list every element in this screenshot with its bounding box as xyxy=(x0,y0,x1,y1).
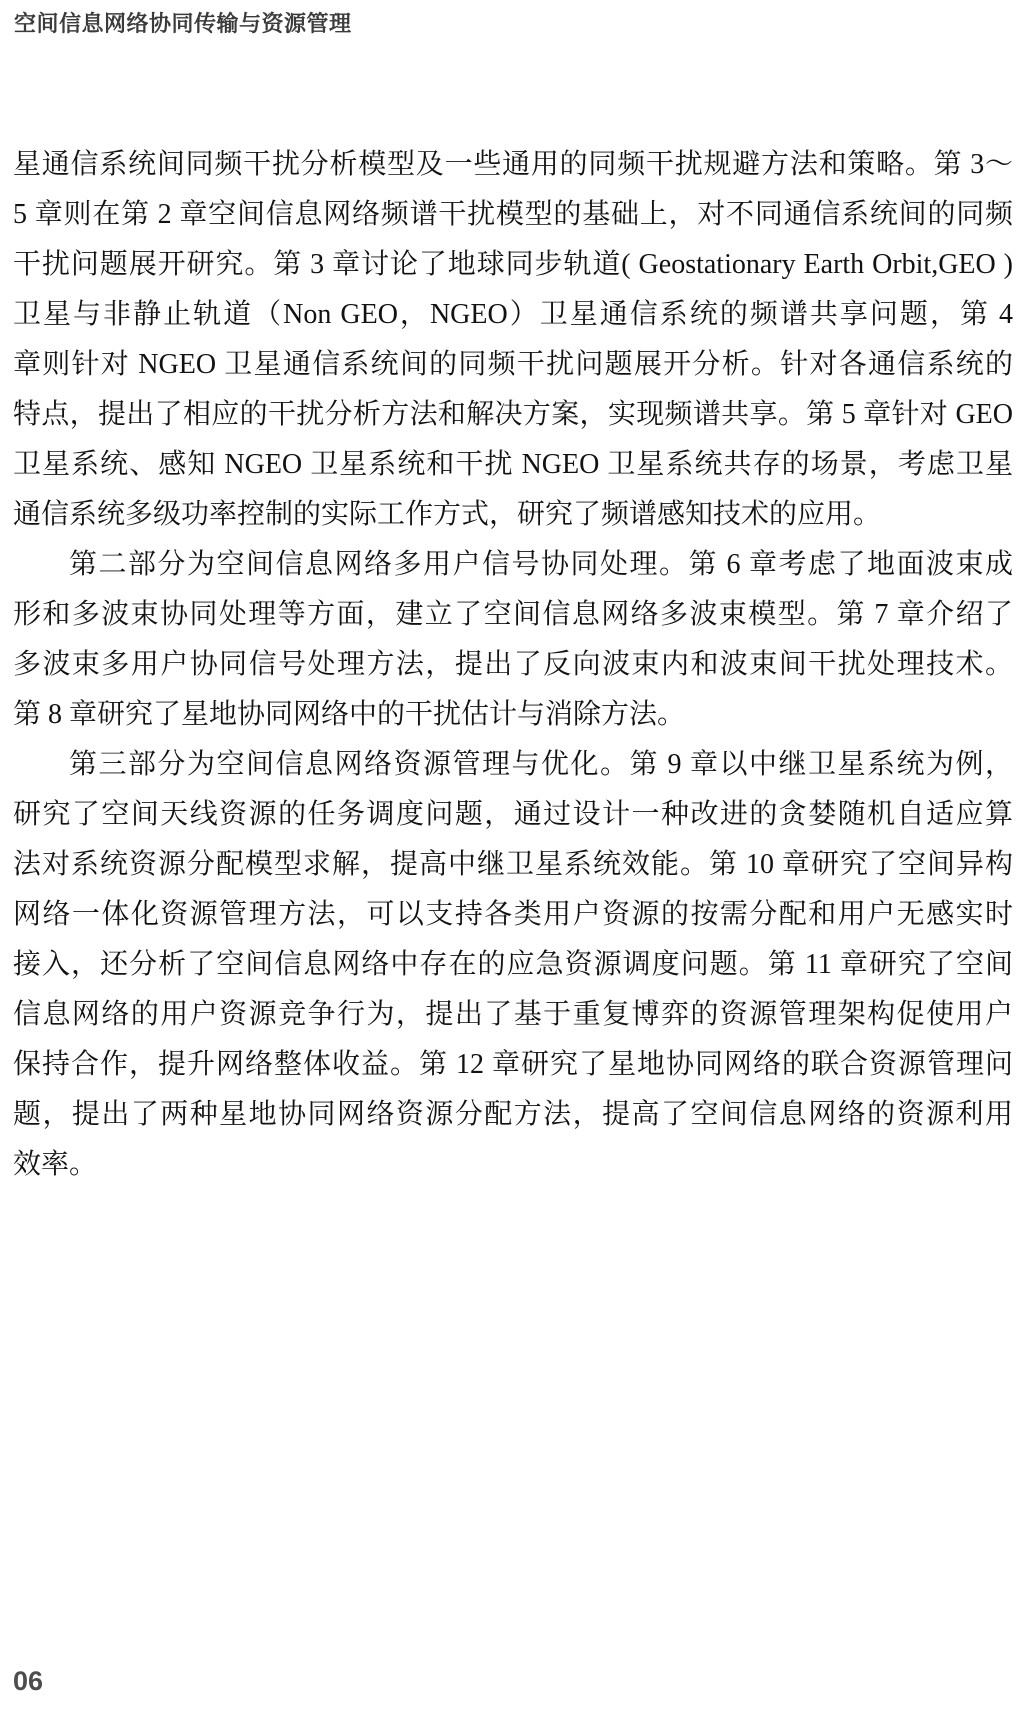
page-number: 06 xyxy=(13,1666,43,1696)
text-line: 法对系统资源分配模型求解，提高中继卫星系统效能。第 10 章研究了空间异构 xyxy=(13,840,1013,890)
book-page: 空间信息网络协同传输与资源管理 星通信系统间同频干扰分析模型及一些通用的同频干扰… xyxy=(0,0,1033,1713)
text-line: 卫星系统、感知 NGEO 卫星系统和干扰 NGEO 卫星系统共存的场景，考虑卫星 xyxy=(13,440,1013,490)
text-line: 第三部分为空间信息网络资源管理与优化。第 9 章以中继卫星系统为例， xyxy=(13,740,1013,790)
body-text: 星通信系统间同频干扰分析模型及一些通用的同频干扰规避方法和策略。第 3～5 章则… xyxy=(13,140,1013,1190)
text-line: 接入，还分析了空间信息网络中存在的应急资源调度问题。第 11 章研究了空间 xyxy=(13,940,1013,990)
text-line: 章则针对 NGEO 卫星通信系统间的同频干扰问题展开分析。针对各通信系统的 xyxy=(13,340,1013,390)
text-line: 研究了空间天线资源的任务调度问题，通过设计一种改进的贪婪随机自适应算 xyxy=(13,790,1013,840)
text-line: 形和多波束协同处理等方面，建立了空间信息网络多波束模型。第 7 章介绍了 xyxy=(13,590,1013,640)
text-line: 题，提出了两种星地协同网络资源分配方法，提高了空间信息网络的资源利用 xyxy=(13,1090,1013,1140)
text-line: 效率。 xyxy=(13,1140,1013,1190)
running-header: 空间信息网络协同传输与资源管理 xyxy=(14,10,352,38)
text-line: 特点，提出了相应的干扰分析方法和解决方案，实现频谱共享。第 5 章针对 GEO xyxy=(13,390,1013,440)
text-line: 保持合作，提升网络整体收益。第 12 章研究了星地协同网络的联合资源管理问 xyxy=(13,1040,1013,1090)
text-line: 卫星与非静止轨道（Non GEO，NGEO）卫星通信系统的频谱共享问题，第 4 xyxy=(13,290,1013,340)
text-line: 干扰问题展开研究。第 3 章讨论了地球同步轨道( Geostationary E… xyxy=(13,240,1013,290)
text-line: 星通信系统间同频干扰分析模型及一些通用的同频干扰规避方法和策略。第 3～ xyxy=(13,140,1013,190)
text-line: 信息网络的用户资源竞争行为，提出了基于重复博弈的资源管理架构促使用户 xyxy=(13,990,1013,1040)
text-line: 多波束多用户协同信号处理方法，提出了反向波束内和波束间干扰处理技术。 xyxy=(13,640,1013,690)
text-line: 通信系统多级功率控制的实际工作方式，研究了频谱感知技术的应用。 xyxy=(13,490,1013,540)
text-line: 5 章则在第 2 章空间信息网络频谱干扰模型的基础上，对不同通信系统间的同频 xyxy=(13,190,1013,240)
text-line: 第二部分为空间信息网络多用户信号协同处理。第 6 章考虑了地面波束成 xyxy=(13,540,1013,590)
text-line: 网络一体化资源管理方法，可以支持各类用户资源的按需分配和用户无感实时 xyxy=(13,890,1013,940)
text-line: 第 8 章研究了星地协同网络中的干扰估计与消除方法。 xyxy=(13,690,1013,740)
